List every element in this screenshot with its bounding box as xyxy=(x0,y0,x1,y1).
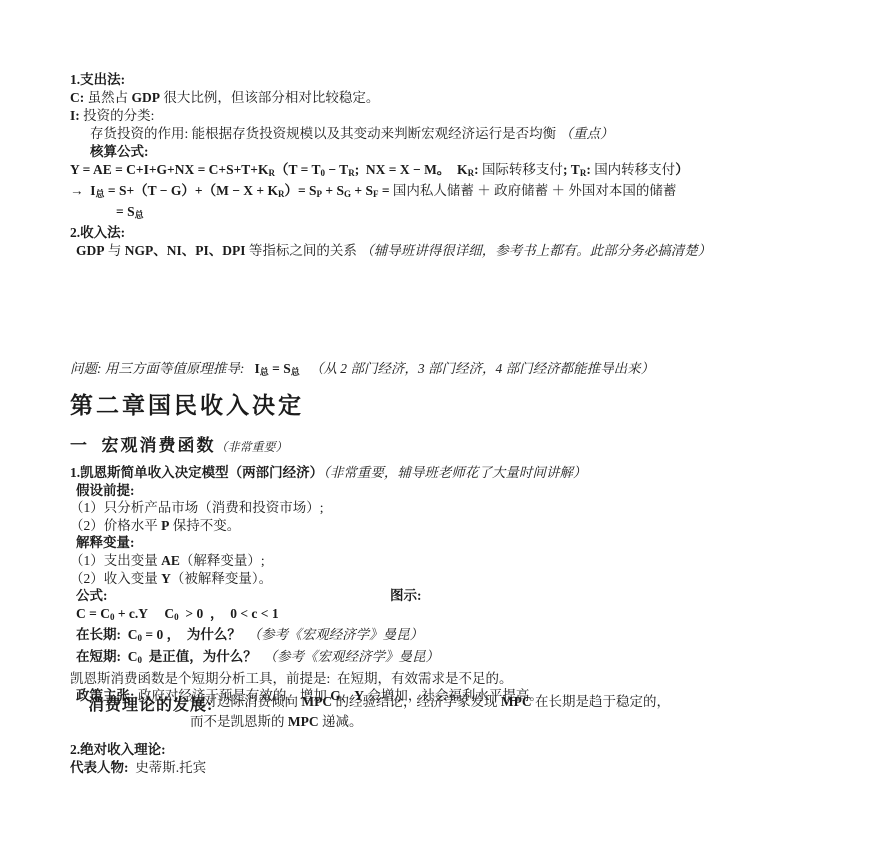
text-run: 史蒂斯.托宾 xyxy=(129,760,207,775)
inventory-note-line: 存货投资的作用: 能根据存货投资规模以及其变动来判断宏观经济运行是否均衡 （重点… xyxy=(70,125,834,143)
formula-run: + S xyxy=(322,183,344,198)
formula-run: （T = T xyxy=(275,162,320,177)
assumption-2-line: （2）价格水平 P 保持不变。 xyxy=(70,517,834,535)
formula-run: = S+（T − G）+（M − X + K xyxy=(105,183,278,198)
representatives-line: 代表人物: 史蒂斯.托宾 xyxy=(70,759,834,777)
formula-run: Y = AE = C+I+G+NX = C+S+T+K xyxy=(70,162,269,177)
chapter-title: 第二章国民收入决定 xyxy=(70,391,834,421)
text-run: 投资的分类: xyxy=(80,108,155,123)
mpc-conclusion-line: 针对边际消费倾向 MPC 的经验结论，经济学家发现 MPC 在长期是趋于稳定的， xyxy=(190,692,870,712)
text-run: 存货投资的作用: 能根据存货投资规模以及其变动来判断宏观经济运行是否均衡 xyxy=(90,126,560,141)
section-heading-block: 一 宏观消费函数（非常重要） xyxy=(70,434,834,459)
text-run: 在长期是趋于稳定的， xyxy=(532,694,670,709)
consumption-theory-block: 消费理论的发展: 针对边际消费倾向 MPC 的经验结论，经济学家发现 MPC 在… xyxy=(88,692,870,732)
text-run: 1.凯恩斯简单收入决定模型（两部门经济） xyxy=(70,465,323,480)
formula-run: ; NX = X − M。 K xyxy=(355,162,468,177)
text-run: 在短期: C xyxy=(76,649,138,664)
formula-diagram-labels-line: 公式:图示: xyxy=(70,587,834,605)
text-run: 在长期: C xyxy=(76,627,138,642)
consumption-function-line: C = C0 + c.Y C0 > 0 ， 0 < c < 1 xyxy=(70,605,834,627)
assumptions-heading: 假设前提: xyxy=(70,482,834,500)
consumption-note-line: C: 虽然占 GDP 很大比例，但该部分相对比较稳定。 xyxy=(70,89,834,107)
gdp-formula-line: Y = AE = C+I+G+NX = C+S+T+KR（T = T0 − TR… xyxy=(70,161,834,182)
text-run: MPC xyxy=(501,694,532,709)
subscript-run: 总 xyxy=(96,189,105,199)
absolute-income-heading: 2.绝对收入理论: xyxy=(70,741,834,759)
consumption-theory-heading: 消费理论的发展: xyxy=(88,692,213,715)
comment-run: （辅导班讲得很详细，参考书上都有。此部分务必搞清楚） xyxy=(360,243,711,258)
section-title: 一 宏观消费函数 xyxy=(70,436,216,455)
income-method-heading: 2.收入法: xyxy=(70,224,834,242)
subscript-run: G xyxy=(344,189,351,199)
question-run: 问题: 用三方面等值原理推导: xyxy=(70,361,255,376)
text-run: 的经验结论，经济学家发现 xyxy=(332,694,501,709)
section-comment: （非常重要） xyxy=(216,440,288,454)
text-run: 很大比例，但该部分相对比较稳定。 xyxy=(160,90,379,105)
text-run: 等指标之间的关系 xyxy=(246,243,361,258)
comment-run: （重点） xyxy=(560,126,614,141)
variables-heading: 解释变量: xyxy=(70,534,834,552)
variable-1-line: （1）支出变量 AE（解释变量）; xyxy=(70,552,834,570)
formula-run: ） xyxy=(675,162,689,177)
total-savings-line: = S总 xyxy=(70,203,834,224)
model-heading-line: 1.凯恩斯简单收入决定模型（两部门经济）（非常重要，辅导班老师花了大量时间讲解） xyxy=(70,464,834,482)
text-run: 而不是凯恩斯的 xyxy=(190,714,288,729)
savings-identity-line: → I总 = S+（T − G）+（M − X + KR）= SP + SG +… xyxy=(70,182,834,203)
text-run: MPC xyxy=(301,694,332,709)
comment-run: （从 2 部门经济，3 部门经济，4 部门经济都能推导出来） xyxy=(310,361,654,376)
formula-run: ; T xyxy=(563,162,580,177)
subscript-run: 总 xyxy=(135,210,144,220)
gdp-indicators-line: GDP 与 NGP、NI、PI、DPI 等指标之间的关系 （辅导班讲得很详细，参… xyxy=(70,242,834,260)
formula-run: > 0 ， 0 < c < 1 xyxy=(179,606,279,621)
variable-2-line: （2）收入变量 Y（被解释变量）。 xyxy=(70,570,834,588)
text-run: C: xyxy=(70,90,84,105)
text-run: （被解释变量）。 xyxy=(171,571,272,586)
text-run: GDP xyxy=(76,243,105,258)
diagram-label: 图示: xyxy=(390,587,422,605)
investment-note-line: I: 投资的分类: xyxy=(70,107,834,125)
text-run: 国内私人储蓄 ＋ 政府储蓄 ＋ 外国对本国的储蓄 xyxy=(393,183,677,198)
question-block: 问题: 用三方面等值原理推导: I总 = S总 （从 2 部门经济，3 部门经济… xyxy=(70,360,834,381)
formula-run: : xyxy=(474,162,482,177)
short-run-note-line: 凯恩斯消费函数是个短期分析工具，前提是: 在短期，有效需求是不足的。 xyxy=(70,670,834,688)
chapter-heading-block: 第二章国民收入决定 xyxy=(70,391,834,421)
expenditure-method-block: 1.支出法: C: 虽然占 GDP 很大比例，但该部分相对比较稳定。 I: 投资… xyxy=(70,71,834,260)
text-run: 国内转移支付 xyxy=(594,162,675,177)
text-run: （1）支出变量 xyxy=(70,553,161,568)
comment-run: （参考《宏观经济学》曼昆） xyxy=(264,649,440,664)
formula-run: − T xyxy=(325,162,348,177)
document-page: 1.支出法: C: 虽然占 GDP 很大比例，但该部分相对比较稳定。 I: 投资… xyxy=(0,0,870,842)
text-run: 代表人物: xyxy=(70,760,129,775)
text-run: 国际转移支付 xyxy=(482,162,563,177)
text-run: （解释变量）; xyxy=(180,553,265,568)
keynes-model-block: 1.凯恩斯简单收入决定模型（两部门经济）（非常重要，辅导班老师花了大量时间讲解）… xyxy=(70,464,834,705)
formula-run: C = C xyxy=(76,606,110,621)
formula-run: : xyxy=(586,162,594,177)
formula-run: = S xyxy=(116,204,135,219)
comment-run: （参考《宏观经济学》曼昆） xyxy=(248,627,424,642)
text-run: I: xyxy=(70,108,80,123)
text-run: GDP xyxy=(132,90,161,105)
formula-run: → I xyxy=(70,183,96,198)
text-run: （2）价格水平 xyxy=(70,518,161,533)
text-run: 与 xyxy=(105,243,125,258)
short-run-line: 在短期: C0 是正值，为什么？ （参考《宏观经济学》曼昆） xyxy=(70,648,834,670)
text-run: 递减。 xyxy=(319,714,363,729)
text-run: NGP、NI、PI、DPI xyxy=(125,243,246,258)
formula-run: + c.Y C xyxy=(114,606,174,621)
accounting-formula-heading: 核算公式: xyxy=(70,143,834,161)
text-run: = 0 ， 为什么？ xyxy=(142,627,248,642)
text-run: （2）收入变量 xyxy=(70,571,161,586)
mpc-conclusion-line-2: 而不是凯恩斯的 MPC 递减。 xyxy=(190,712,870,732)
subscript-run: 总 xyxy=(260,367,269,377)
text-run: AE xyxy=(161,553,180,568)
text-run: 是正值，为什么？ xyxy=(142,649,264,664)
subscript-run: 总 xyxy=(291,367,300,377)
section-title-line: 一 宏观消费函数（非常重要） xyxy=(70,434,834,459)
question-line: 问题: 用三方面等值原理推导: I总 = S总 （从 2 部门经济，3 部门经济… xyxy=(70,360,834,381)
formula-run: = xyxy=(378,183,392,198)
text-run: 保持不变。 xyxy=(169,518,240,533)
text-run: 虽然占 xyxy=(84,90,131,105)
expenditure-heading: 1.支出法: xyxy=(70,71,834,89)
formula-run: + S xyxy=(351,183,373,198)
formula-run: = S xyxy=(269,361,291,376)
absolute-income-block: 2.绝对收入理论: 代表人物: 史蒂斯.托宾 xyxy=(70,741,834,777)
assumption-1-line: （1）只分析产品市场（消费和投资市场）; xyxy=(70,499,834,517)
formula-label: 公式: xyxy=(76,588,108,603)
formula-run: ）= S xyxy=(284,183,316,198)
text-run: Y xyxy=(161,571,171,586)
text-run xyxy=(300,361,310,376)
text-run: MPC xyxy=(288,714,319,729)
comment-run: （非常重要，辅导班老师花了大量时间讲解） xyxy=(323,465,586,480)
long-run-line: 在长期: C0 = 0 ， 为什么？ （参考《宏观经济学》曼昆） xyxy=(70,626,834,648)
